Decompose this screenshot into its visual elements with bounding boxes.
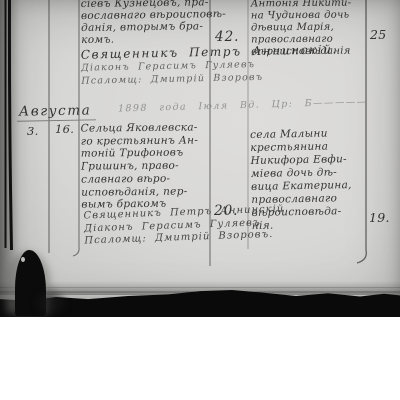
screenshot-stage: сіевъ Кузнецовъ, пра-вославнаго вѣроиспо… — [0, 0, 400, 400]
entry2-count-number: 3. — [27, 124, 39, 138]
entry2-groom-text: Сельца Яковлевска-го крестьянинъ Ан-тоні… — [81, 121, 199, 211]
entry2-month-label: Августа — [17, 102, 97, 121]
clamp-highlight — [21, 257, 25, 262]
column-rule-bride-age — [357, 0, 366, 263]
entry1-groom-age: 42. — [215, 29, 239, 45]
entry2-clergy-text: Священникъ Петръ АннинскійДіаконъ Гераси… — [83, 204, 285, 248]
entry1-bride-age: 25 — [370, 27, 387, 42]
entry1-clergy-text: Священникъ Петръ Аннинскій.Діаконъ Герас… — [81, 43, 339, 87]
entry1-groom-text: сіевъ Кузнецовъ, пра-вославнаго вѣроиспо… — [81, 0, 227, 46]
register-page-scan: сіевъ Кузнецовъ, пра-вославнаго вѣроиспо… — [0, 0, 400, 317]
entry2-bride-age: 19. — [369, 210, 390, 225]
entry2-day-number: 16. — [55, 122, 74, 136]
clamp-smudge — [38, 292, 64, 314]
